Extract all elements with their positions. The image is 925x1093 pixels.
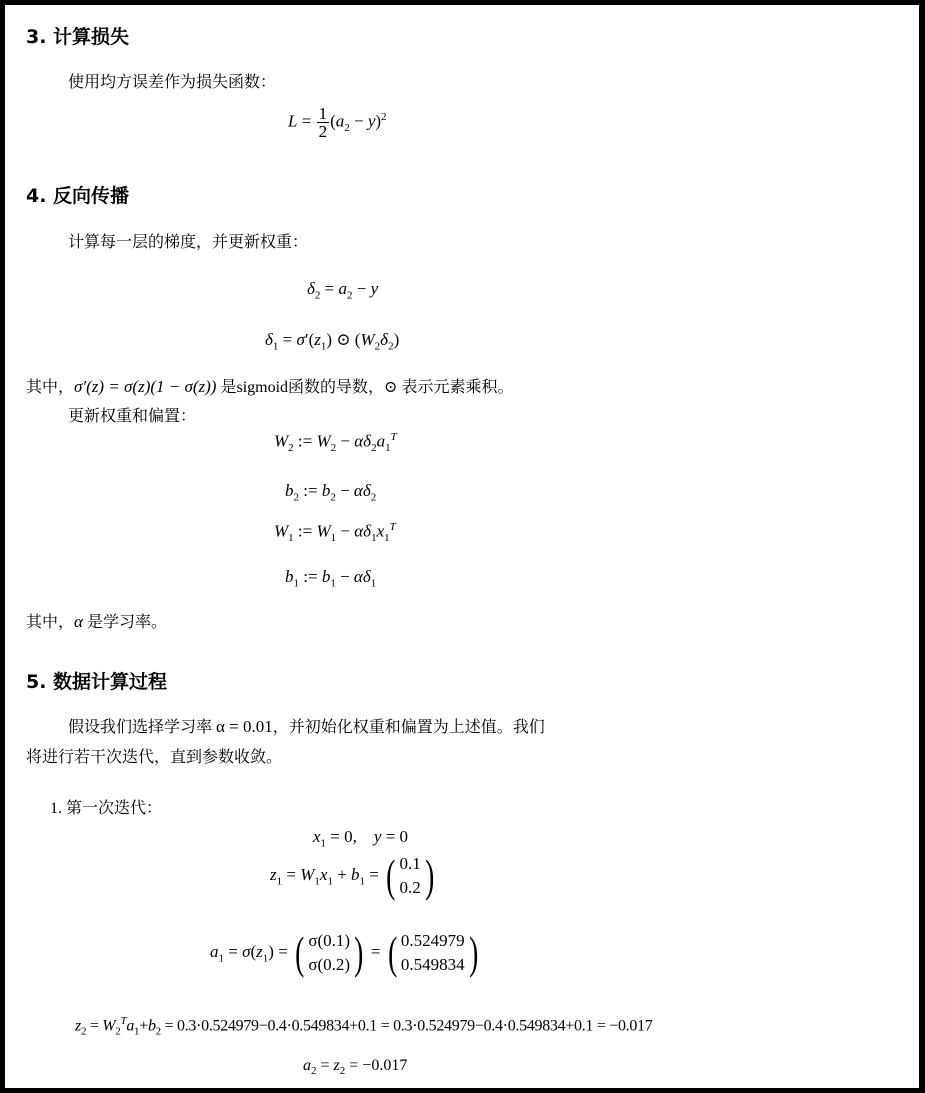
section-heading-5: 5. 数据计算过程 (26, 667, 167, 694)
list-item-first-iteration: 1. 第一次迭代： (50, 795, 162, 818)
update-w1: W1 := W1 − αδ1x1T (274, 521, 396, 544)
z1-equation: z1 = W1x1 + b1 = ( 0.10.2 ) (270, 852, 437, 900)
delta1-equation: δ1 = σ′(z1) ⊙ (W2δ2) (265, 330, 399, 352)
section-heading-3: 3. 计算损失 (26, 22, 129, 49)
learning-rate-note: 其中，α 是学习率。 (26, 609, 167, 632)
a1-value-vector: ( 0.5249790.549834 ) (385, 929, 481, 977)
section-4-intro: 计算每一层的梯度，并更新权重： (68, 229, 308, 252)
z1-vector: ( 0.10.2 ) (383, 852, 437, 900)
section-5-para-line1: 假设我们选择学习率 α = 0.01，并初始化权重和偏置为上述值。我们 (68, 714, 545, 737)
section-5-para-line2: 将进行若干次迭代，直到参数收敛。 (26, 744, 282, 767)
section-heading-4: 4. 反向传播 (26, 181, 129, 208)
a1-sigma-vector: ( σ(0.1)σ(0.2) ) (292, 929, 366, 977)
section-3-intro: 使用均方误差作为损失函数： (68, 69, 276, 92)
inputs-equation: x1 = 0, y = 0 (313, 827, 408, 849)
sigmoid-derivative-note: 其中，σ′(z) = σ(z)(1 − σ(z)) 是sigmoid函数的导数，… (26, 374, 513, 397)
update-w2: W2 := W2 − αδ2a1T (274, 431, 397, 454)
a2-equation: a2 = z2 = −0.017 (303, 1057, 407, 1077)
delta2-equation: δ2 = a2 − y (307, 279, 378, 301)
a1-equation: a1 = σ(z1) = ( σ(0.1)σ(0.2) ) = ( 0.5249… (210, 929, 481, 977)
z2-equation: z2 = W2Ta1+b2 = 0.3·0.524979−0.4·0.54983… (75, 1015, 652, 1038)
update-b1: b1 := b1 − αδ1 (285, 567, 376, 589)
update-b2: b2 := b2 − αδ2 (285, 481, 376, 503)
document-page: 3. 计算损失 使用均方误差作为损失函数： L = 12(a2 − y)2 4.… (5, 5, 919, 1088)
update-intro: 更新权重和偏置： (68, 403, 196, 426)
loss-equation: L = 12(a2 − y)2 (288, 105, 387, 140)
